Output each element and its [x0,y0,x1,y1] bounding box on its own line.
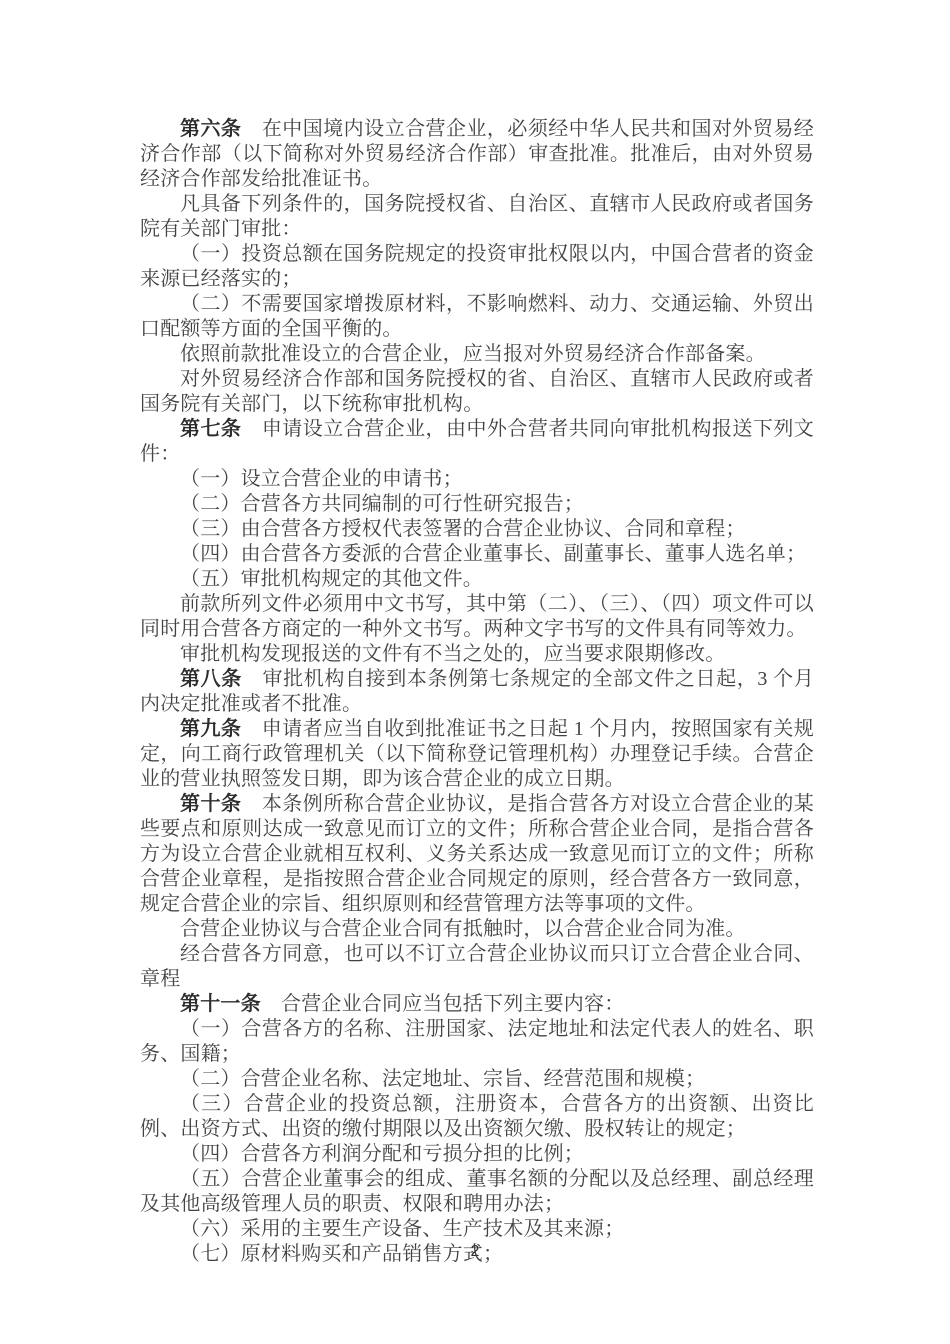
article-number: 第九条 [180,718,241,740]
paragraph: （一）设立合营企业的申请书； [140,467,814,492]
paragraph: 经合营各方同意，也可以不订立合营企业协议而只订立合营企业合同、章程 [140,942,814,992]
paragraph: 依照前款批准设立的合营企业，应当报对外贸易经济合作部备案。 [140,342,814,367]
paragraph: 第八条 审批机构自接到本条例第七条规定的全部文件之日起，3 个月内决定批准或者不… [140,667,814,717]
document-body: 第六条 在中国境内设立合营企业，必须经中华人民共和国对外贸易经济合作部（以下简称… [140,117,814,1267]
paragraph: 审批机构发现报送的文件有不当之处的，应当要求限期修改。 [140,642,814,667]
article-number: 第六条 [180,118,241,140]
document-page: 第六条 在中国境内设立合营企业，必须经中华人民共和国对外贸易经济合作部（以下简称… [0,0,950,1344]
paragraph: （一）投资总额在国务院规定的投资审批权限以内，中国合营者的资金来源已经落实的； [140,242,814,292]
paragraph: （五）审批机构规定的其他文件。 [140,567,814,592]
paragraph: 第九条 申请者应当自收到批准证书之日起 1 个月内，按照国家有关规定，向工商行政… [140,717,814,792]
paragraph: 凡具备下列条件的，国务院授权省、自治区、直辖市人民政府或者国务院有关部门审批： [140,192,814,242]
paragraph: （一）合营各方的名称、注册国家、法定地址和法定代表人的姓名、职务、国籍； [140,1017,814,1067]
paragraph: 第十条 本条例所称合营企业协议，是指合营各方对设立合营企业的某些要点和原则达成一… [140,792,814,917]
paragraph: （四）合营各方利润分配和亏损分担的比例； [140,1142,814,1167]
article-number: 第十条 [180,793,241,815]
paragraph: （六）采用的主要生产设备、生产技术及其来源； [140,1217,814,1242]
paragraph: （四）由合营各方委派的合营企业董事长、副董事长、董事人选名单； [140,542,814,567]
article-number: 第七条 [180,418,241,440]
paragraph: 第七条 申请设立合营企业，由中外合营者共同向审批机构报送下列文件： [140,417,814,467]
article-number: 第十一条 [180,993,261,1015]
paragraph: （三）由合营各方授权代表签署的合营企业协议、合同和章程； [140,517,814,542]
paragraph: 第十一条 合营企业合同应当包括下列主要内容： [140,992,814,1017]
page-number: 2 [471,1243,480,1260]
paragraph: 第六条 在中国境内设立合营企业，必须经中华人民共和国对外贸易经济合作部（以下简称… [140,117,814,192]
paragraph: 合营企业协议与合营企业合同有抵触时，以合营企业合同为准。 [140,917,814,942]
paragraph: 前款所列文件必须用中文书写，其中第（二）、（三）、（四）项文件可以同时用合营各方… [140,592,814,642]
page-footer: 2 [0,1243,950,1261]
article-number: 第八条 [180,668,242,690]
paragraph: （五）合营企业董事会的组成、董事名额的分配以及总经理、副总经理及其他高级管理人员… [140,1167,814,1217]
paragraph: 对外贸易经济合作部和国务院授权的省、自治区、直辖市人民政府或者国务院有关部门，以… [140,367,814,417]
paragraph: （三）合营企业的投资总额，注册资本，合营各方的出资额、出资比例、出资方式、出资的… [140,1092,814,1142]
paragraph: （二）不需要国家增拨原材料，不影响燃料、动力、交通运输、外贸出口配额等方面的全国… [140,292,814,342]
paragraph: （二）合营各方共同编制的可行性研究报告； [140,492,814,517]
paragraph: （二）合营企业名称、法定地址、宗旨、经营范围和规模； [140,1067,814,1092]
